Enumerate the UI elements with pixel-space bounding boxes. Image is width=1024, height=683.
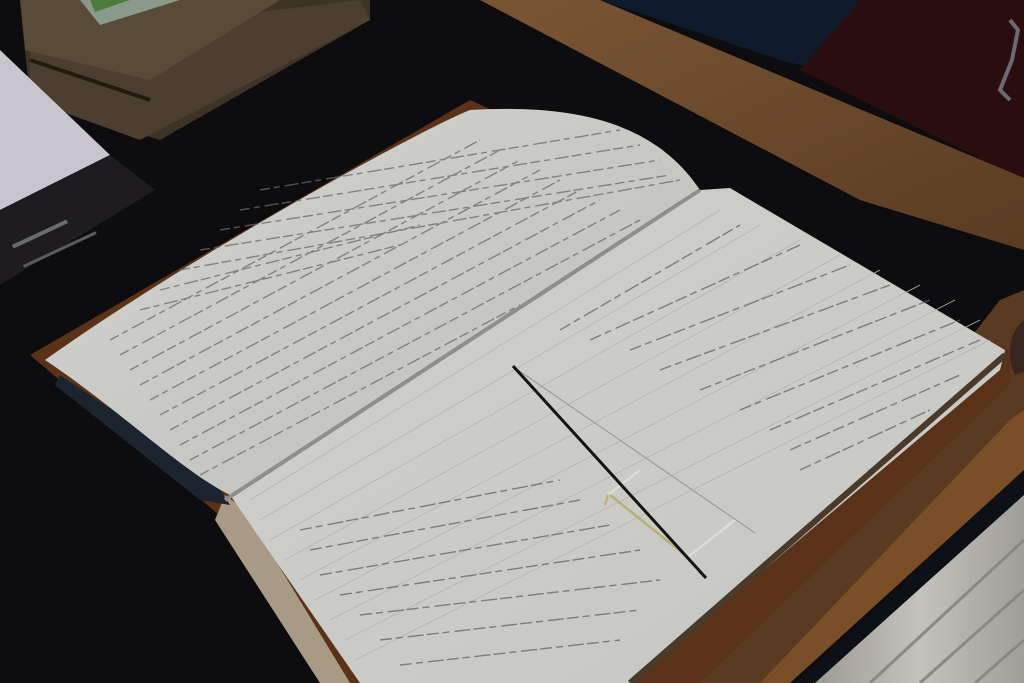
photo-canvas xyxy=(0,0,1024,683)
photo-scene xyxy=(0,0,1024,683)
